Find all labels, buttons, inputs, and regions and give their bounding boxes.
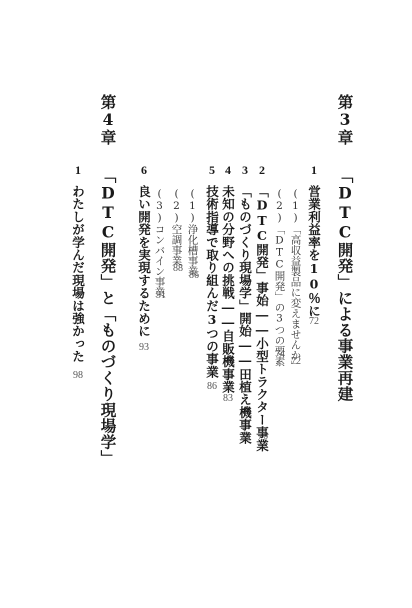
page-number: 74 <box>275 349 285 360</box>
page-number: 79 <box>240 431 250 442</box>
chapter-4-label: 第4章 <box>99 94 118 146</box>
toc-entry-3-1[interactable]: 営業利益率を10％に <box>307 185 320 317</box>
toc-entry-3-5[interactable]: 技術指導で取り組んだ3つの事業 <box>205 185 218 378</box>
page-number: 86 <box>207 381 217 392</box>
section-number: 1 <box>311 163 317 178</box>
section-number: 6 <box>141 163 147 178</box>
toc-subentry-3-5-1[interactable]: (1)浄化槽事業 <box>187 188 198 277</box>
toc-entry-3-4[interactable]: 未知の分野への挑戦――自販機事業 <box>221 185 234 393</box>
toc-subentry-3-5-2[interactable]: (2)空調事業 <box>171 188 182 266</box>
chapter-4-title: 「DTC開発」と「ものづくり現場学」 <box>99 168 118 467</box>
page-number: 98 <box>73 370 83 381</box>
page-number: 93 <box>139 342 149 353</box>
page-number: 86 <box>189 270 199 281</box>
section-number: 4 <box>225 163 231 178</box>
page-number: 88 <box>173 263 183 274</box>
section-number: 1 <box>75 163 81 178</box>
toc-entry-3-2[interactable]: 「DTC開発」事始――小型トラクター事業 <box>255 185 268 452</box>
page-number: 76 <box>258 431 268 442</box>
page-number: 83 <box>223 393 233 404</box>
chapter-3-heading: 第3章「DTC開発」による事業再建 <box>337 94 353 402</box>
toc-subentry-3-1-1[interactable]: (1)「高収益製品に変えませんか」 <box>290 188 301 371</box>
chapter-3-title: 「DTC開発」による事業再建 <box>336 168 355 403</box>
chapter-4-heading: 第4章「DTC開発」と「ものづくり現場学」 <box>100 94 116 466</box>
toc-subentry-3-5-3[interactable]: (3)コンバイン事業 <box>154 188 165 298</box>
chapter-3-label: 第3章 <box>336 94 355 146</box>
toc-entry-4-1[interactable]: わたしが学んだ現場は強かった <box>71 185 84 363</box>
toc-entry-3-3[interactable]: 「ものづくり現場学」開始――田植え機事業 <box>238 185 251 444</box>
section-number: 5 <box>209 163 215 178</box>
section-number: 2 <box>259 163 265 178</box>
page-number: 72 <box>309 316 319 327</box>
page-number: 72 <box>291 356 301 367</box>
toc-subentry-3-1-2[interactable]: (2)「DTC開発」の3つの要素 <box>274 188 285 367</box>
page-number: 91 <box>156 290 166 301</box>
section-number: 3 <box>242 163 248 178</box>
toc-entry-3-6[interactable]: 良い開発を実現するために <box>137 185 150 337</box>
